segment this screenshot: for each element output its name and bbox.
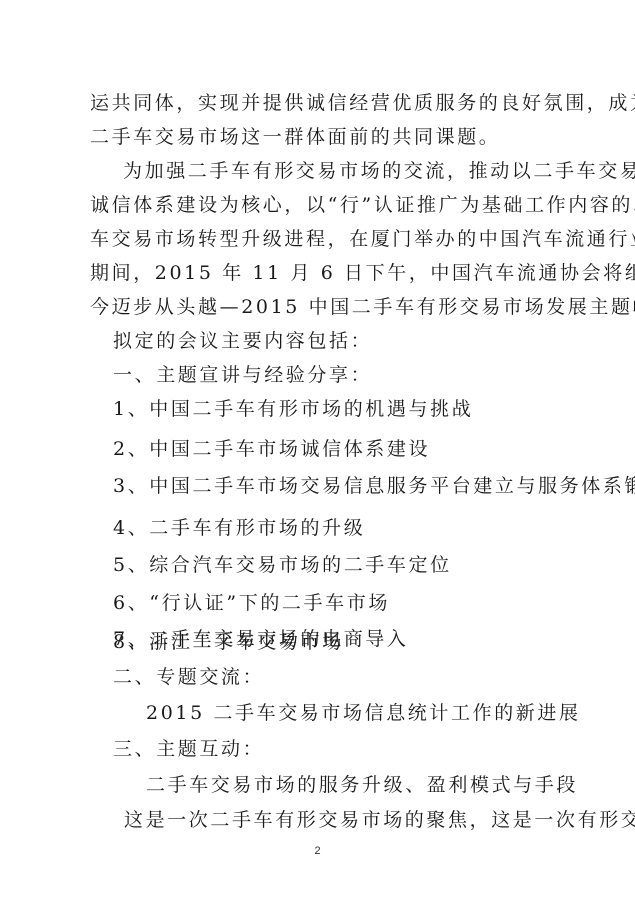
paragraph-line: 今迈步从头越—2015 中国二手车有形交易市场发展主题峰会”， xyxy=(90,295,635,319)
paragraph-line: 运共同体，实现并提供诚信经营优质服务的良好氛围，成为摆在 xyxy=(90,91,635,115)
section-heading-3: 三、主题互动： xyxy=(113,737,264,761)
subsection-text-2: 2015 二手车交易市场信息统计工作的新进展 xyxy=(146,701,581,725)
list-item-8-visible: 8、浙江二手车交易市场 xyxy=(113,630,344,654)
section-heading-1: 一、主题宣讲与经验分享： xyxy=(113,363,372,387)
list-item-4: 4、二手车有形市场的升级 xyxy=(113,516,365,540)
section-heading-2: 二、专题交流： xyxy=(113,665,264,689)
paragraph-line: 期间，2015 年 11 月 6 日下午，中国汽车流通协会将组织召开“而 xyxy=(90,261,635,285)
paragraph-line: 车交易市场转型升级进程，在厦门举办的中国汽车流通行业年会 xyxy=(90,227,635,251)
paragraph-line: 为加强二手车有形交易市场的交流，推动以二手车交易市场 xyxy=(123,159,635,183)
paragraph-line: 二手车交易市场这一群体面前的共同课题。 xyxy=(90,125,500,149)
list-item-3: 3、中国二手车市场交易信息服务平台建立与服务体系锻造 xyxy=(113,474,635,498)
list-item-5: 5、综合汽车交易市场的二手车定位 xyxy=(113,553,452,577)
list-item-1: 1、中国二手车有形市场的机遇与挑战 xyxy=(113,397,473,421)
paragraph-line: 诚信体系建设为核心，以“行”认证推广为基础工作内容的二手 xyxy=(90,193,635,217)
paragraph-line: 这是一次二手车有形交易市场的聚焦，这是一次有形交易市 xyxy=(124,808,635,832)
intro-line: 拟定的会议主要内容包括： xyxy=(113,329,372,353)
list-item-6: 6、“行认证”下的二手车市场 xyxy=(113,591,390,615)
subsection-text-3: 二手车交易市场的服务升级、盈利模式与手段 xyxy=(146,773,578,797)
list-item-2: 2、中国二手车市场诚信体系建设 xyxy=(113,437,430,461)
page-number: 2 xyxy=(0,845,635,857)
